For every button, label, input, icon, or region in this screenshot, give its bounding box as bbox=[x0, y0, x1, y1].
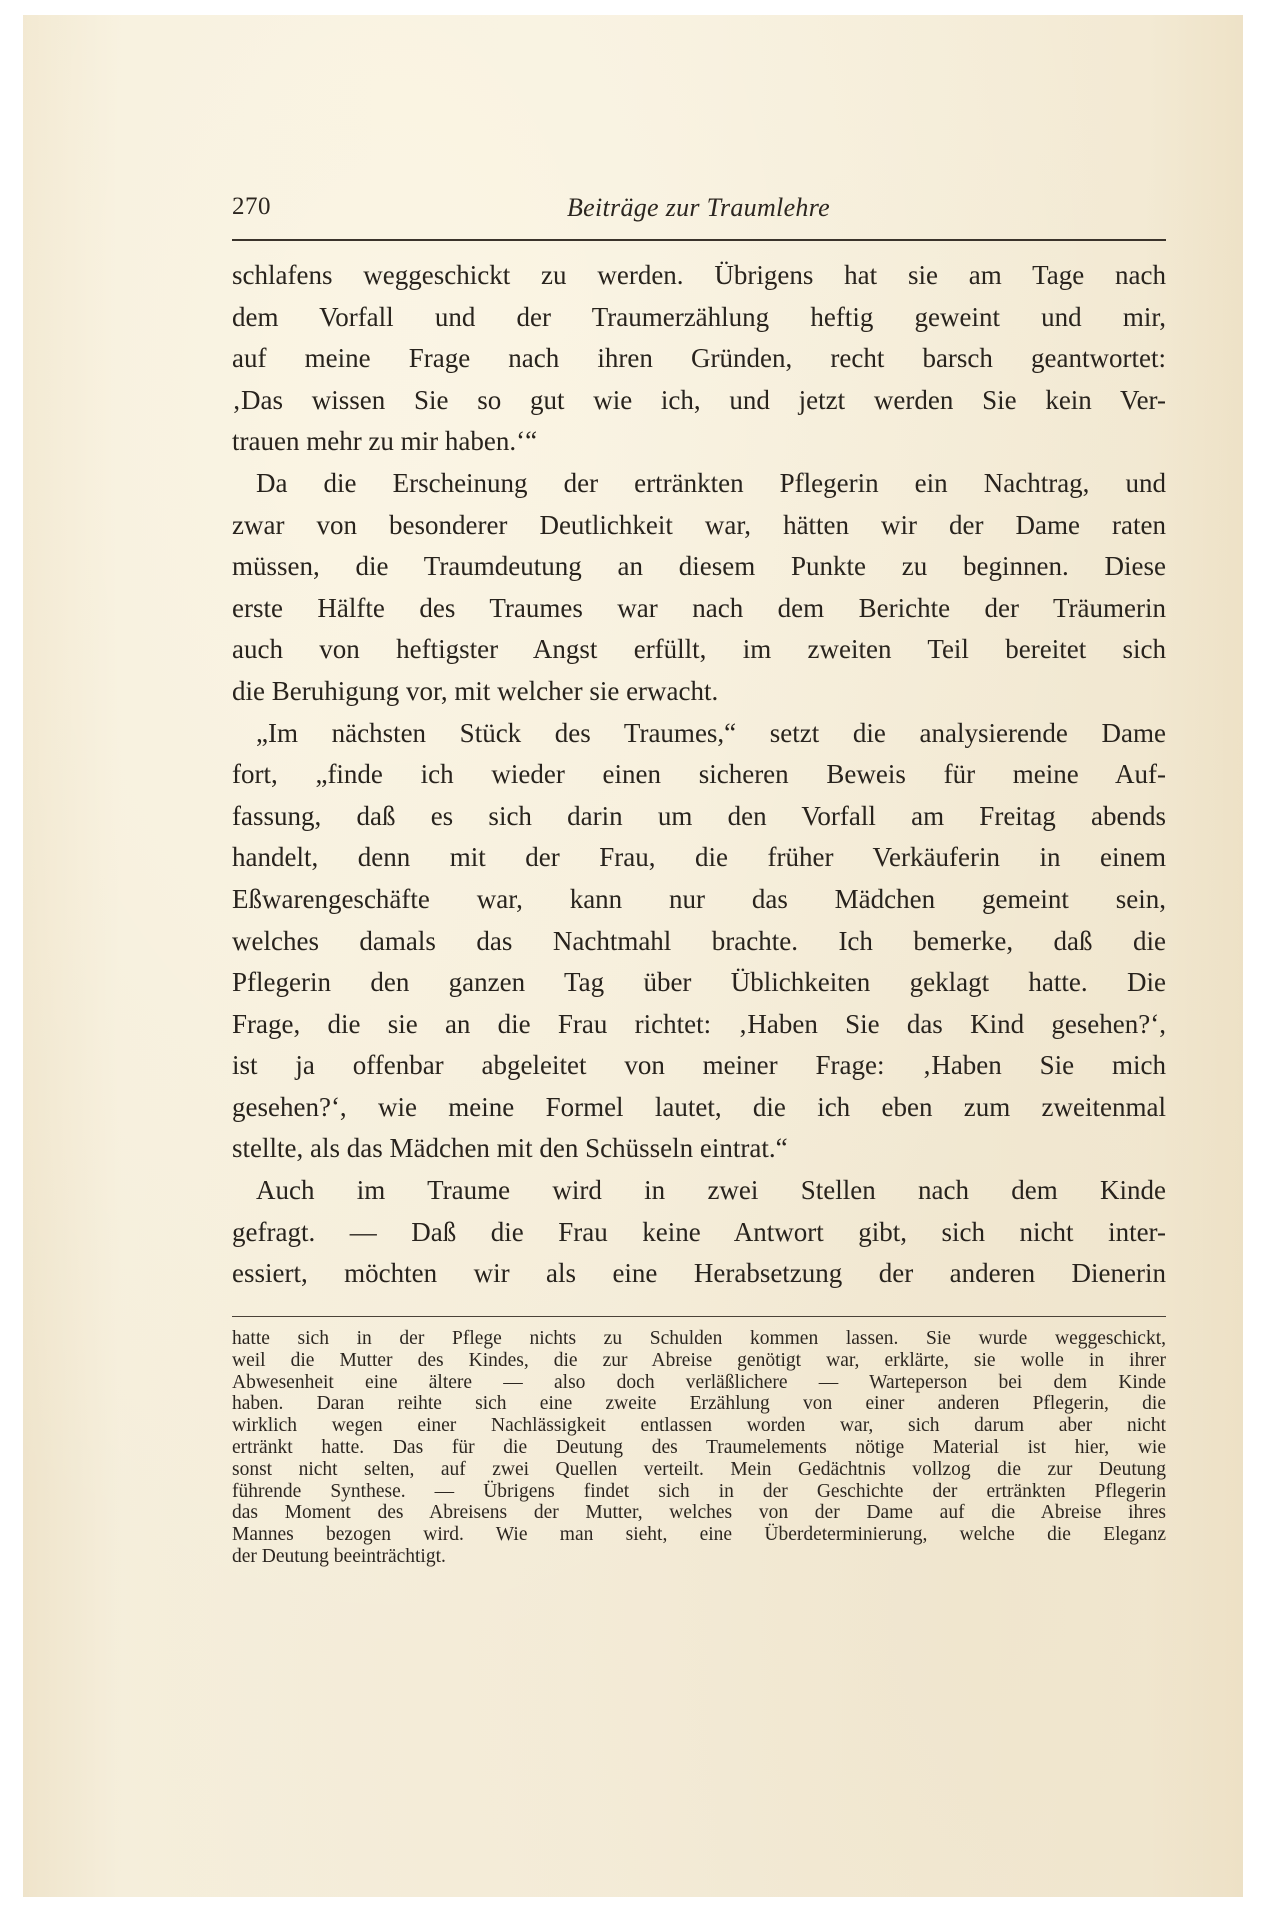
footnote-line: haben. Daran reihte sich eine zweite Erz… bbox=[232, 1393, 1166, 1415]
footnote-line: Mannes bezogen wird. Wie man sieht, eine… bbox=[232, 1524, 1166, 1546]
footnote-line: wirklich wegen einer Nachlässigkeit entl… bbox=[232, 1415, 1166, 1437]
text-line: essiert, möchten wir als eine Herabsetzu… bbox=[232, 1253, 1166, 1295]
text-line: fassung, daß es sich darin um den Vorfal… bbox=[232, 796, 1166, 838]
text-line: Auch im Traume wird in zwei Stellen nach… bbox=[232, 1170, 1166, 1212]
footnote-line: sonst nicht selten, auf zwei Quellen ver… bbox=[232, 1459, 1166, 1481]
text-line: auch von heftigster Angst erfüllt, im zw… bbox=[232, 629, 1166, 671]
footnote-rule bbox=[232, 1316, 1166, 1317]
text-line: gesehen?‘, wie meine Formel lautet, die … bbox=[232, 1087, 1166, 1129]
footnote-line: der Deutung beeinträchtigt. bbox=[232, 1546, 1166, 1568]
footnote-line: führende Synthese. — Übrigens findet sic… bbox=[232, 1481, 1166, 1503]
text-line: zwar von besonderer Deutlichkeit war, hä… bbox=[232, 505, 1166, 547]
text-line: welches damals das Nachtmahl brachte. Ic… bbox=[232, 921, 1166, 963]
footnote-line: Abwesenheit eine ältere — also doch verl… bbox=[232, 1372, 1166, 1394]
text-line: Da die Erscheinung der ertränkten Pflege… bbox=[232, 463, 1166, 505]
text-line: ‚Das wissen Sie so gut wie ich, und jetz… bbox=[232, 380, 1166, 422]
text-line: „Im nächsten Stück des Traumes,“ setzt d… bbox=[232, 713, 1166, 755]
text-line: ist ja offenbar abgeleitet von meiner Fr… bbox=[232, 1045, 1166, 1087]
running-title: Beiträge zur Traumlehre bbox=[232, 193, 1165, 223]
text-line: erste Hälfte des Traumes war nach dem Be… bbox=[232, 588, 1166, 630]
text-line: trauen mehr zu mir haben.‘“ bbox=[232, 421, 1166, 463]
text-line: Pflegerin den ganzen Tag über Üblichkeit… bbox=[232, 962, 1166, 1004]
footnote-line: weil die Mutter des Kindes, die zur Abre… bbox=[232, 1350, 1166, 1372]
text-line: Frage, die sie an die Frau richtet: ‚Hab… bbox=[232, 1004, 1166, 1046]
text-line: gefragt. — Daß die Frau keine Antwort gi… bbox=[232, 1212, 1166, 1254]
text-line: Eßwarengeschäfte war, kann nur das Mädch… bbox=[232, 879, 1166, 921]
text-line: die Beruhigung vor, mit welcher sie erwa… bbox=[232, 671, 1166, 713]
book-page: 270 Beiträge zur Traumlehre schlafens we… bbox=[23, 15, 1243, 1897]
footnote: hatte sich in der Pflege nichts zu Schul… bbox=[232, 1328, 1166, 1568]
text-line: fort, „finde ich wieder einen sicheren B… bbox=[232, 754, 1166, 796]
footnote-line: ertränkt hatte. Das für die Deutung des … bbox=[232, 1437, 1166, 1459]
text-line: handelt, denn mit der Frau, die früher V… bbox=[232, 837, 1166, 879]
text-line: dem Vorfall und der Traumerzählung hefti… bbox=[232, 297, 1166, 339]
footnote-line: hatte sich in der Pflege nichts zu Schul… bbox=[232, 1328, 1166, 1350]
text-line: auf meine Frage nach ihren Gründen, rech… bbox=[232, 338, 1166, 380]
header-rule bbox=[232, 239, 1166, 241]
running-head: 270 Beiträge zur Traumlehre bbox=[232, 193, 1165, 223]
text-line: schlafens weggeschickt zu werden. Übrige… bbox=[232, 255, 1166, 297]
main-text: schlafens weggeschickt zu werden. Übrige… bbox=[232, 255, 1166, 1295]
footnote-line: das Moment des Abreisens der Mutter, wel… bbox=[232, 1502, 1166, 1524]
text-line: müssen, die Traumdeutung an diesem Punkt… bbox=[232, 546, 1166, 588]
text-line: stellte, als das Mädchen mit den Schüsse… bbox=[232, 1128, 1166, 1170]
